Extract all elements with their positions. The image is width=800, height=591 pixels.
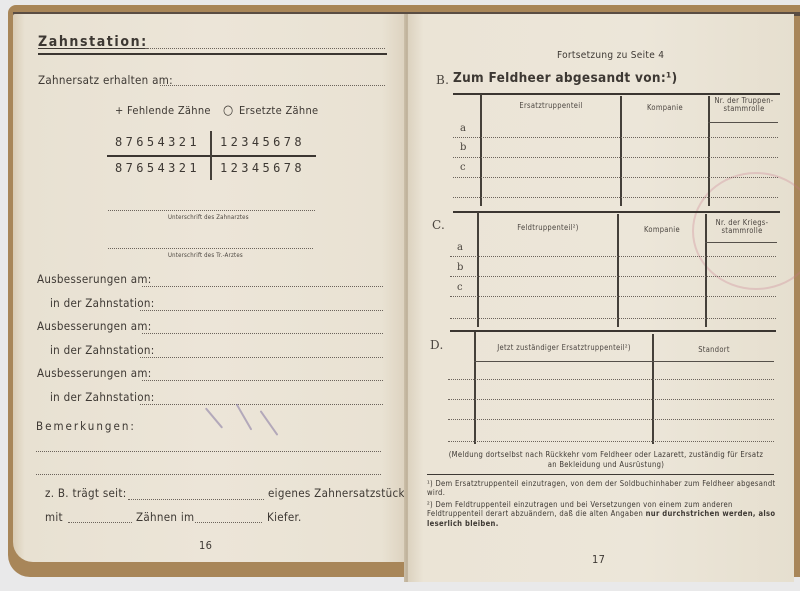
teeth-upper-right-quadrant[interactable]: 87654321	[115, 135, 200, 149]
section-b-row-b: b	[460, 142, 467, 153]
section-b-letter: B.	[436, 73, 449, 87]
section-b-row-line[interactable]	[453, 137, 778, 138]
section-d-note-line1: (Meldung dortselbst nach Rückkehr vom Fe…	[436, 450, 776, 459]
header-underline	[474, 361, 774, 362]
repairs-date-label-3: Ausbesserungen am:	[37, 366, 152, 380]
repairs-station-field-2[interactable]	[140, 357, 383, 358]
section-b-top-rule	[453, 93, 780, 95]
header-underline	[705, 242, 777, 243]
footnote-1: ¹) Dem Ersatztruppenteil einzutragen, vo…	[427, 479, 777, 498]
section-b-row-line[interactable]	[453, 157, 778, 158]
with-label: mit	[45, 510, 63, 524]
footnote-2: ²) Dem Feldtruppenteil einzutragen und b…	[427, 500, 777, 528]
legend-replaced-teeth: Ersetzte Zähne	[239, 104, 318, 117]
dental-station-title: Zahnstation:	[38, 34, 148, 50]
section-c-header-roll-number: Nr. der Kriegs-stammrolle	[707, 219, 777, 235]
section-c-row-line[interactable]	[450, 296, 776, 297]
denture-received-label: Zahnersatz erhalten am:	[38, 73, 173, 87]
dentist-signature-field[interactable]	[108, 210, 315, 211]
teeth-count-field[interactable]	[68, 522, 132, 523]
section-c-row-line[interactable]	[450, 276, 776, 277]
repairs-date-field-3[interactable]	[142, 380, 383, 381]
teeth-upper-left-quadrant[interactable]: 12345678	[220, 135, 305, 149]
doctor-signature-field[interactable]	[108, 248, 313, 249]
section-d-row-line[interactable]	[448, 441, 774, 442]
dental-station-field[interactable]	[145, 48, 385, 49]
repairs-date-field-2[interactable]	[142, 333, 383, 334]
doctor-signature-caption: Unterschrift des Tr.-Arztes	[168, 252, 243, 259]
repairs-date-label-1: Ausbesserungen am:	[37, 272, 152, 286]
circle-icon: ○	[223, 103, 234, 118]
section-c-row-line[interactable]	[450, 318, 776, 319]
section-b-row-line[interactable]	[453, 177, 778, 178]
section-d-note-line2: an Bekleidung und Ausrüstung)	[436, 460, 776, 469]
section-c-row-line[interactable]	[450, 256, 776, 257]
remarks-label: Bemerkungen:	[36, 419, 136, 433]
section-b-header-company: Kompanie	[622, 104, 708, 112]
soldbuch-open-book: Zahnstation: Zahnersatz erhalten am: + F…	[0, 0, 800, 591]
repairs-date-label-2: Ausbesserungen am:	[37, 319, 152, 333]
dentist-signature-caption: Unterschrift des Zahnarztes	[168, 214, 249, 221]
repairs-station-label-1: in der Zahnstation:	[50, 296, 155, 310]
denture-received-field[interactable]	[160, 85, 385, 86]
section-b-col-divider	[620, 96, 622, 206]
own-denture-label: eigenes Zahnersatzstück	[268, 486, 405, 500]
repairs-station-label-3: in der Zahnstation:	[50, 390, 155, 404]
section-c-header-company: Kompanie	[619, 226, 705, 234]
repairs-date-field-1[interactable]	[142, 286, 383, 287]
title-rule	[38, 53, 387, 55]
left-page	[13, 14, 405, 562]
section-c-row-c: c	[457, 282, 463, 293]
section-b-title: Zum Feldheer abgesandt von:¹)	[453, 70, 678, 86]
section-c-bottom-rule	[450, 330, 776, 332]
header-underline	[708, 122, 778, 123]
jaw-field[interactable]	[195, 522, 262, 523]
repairs-station-field-3[interactable]	[140, 404, 383, 405]
wears-since-field[interactable]	[128, 499, 264, 500]
jaw-label: Kiefer.	[267, 510, 302, 524]
legend-missing-teeth: + Fehlende Zähne	[115, 104, 211, 117]
teeth-lower-left-quadrant[interactable]: 12345678	[220, 161, 305, 175]
section-d-header-unit: Jetzt zuständiger Ersatztruppenteil²)	[476, 344, 652, 352]
section-d-letter: D.	[430, 338, 444, 352]
section-d-row-line[interactable]	[448, 399, 774, 400]
section-c-row-b: b	[457, 262, 464, 273]
section-d-header-location: Standort	[654, 346, 774, 354]
page-number-right: 17	[592, 553, 605, 566]
remarks-field-line-1[interactable]	[36, 451, 381, 452]
section-b-row-c: c	[460, 162, 466, 173]
teeth-chart-horizontal-divider	[107, 155, 316, 157]
section-b-bottom-rule	[453, 211, 780, 213]
section-c-row-a: a	[457, 242, 463, 253]
section-b-row-a: a	[460, 123, 466, 134]
section-b-header-unit: Ersatztruppenteil	[482, 102, 620, 110]
section-b-row-line[interactable]	[453, 197, 778, 198]
section-c-header-unit: Feldtruppenteil²)	[479, 224, 617, 232]
footnote-rule	[427, 474, 774, 475]
repairs-station-field-1[interactable]	[140, 310, 383, 311]
page-number-left: 16	[199, 539, 212, 552]
wears-since-label: z. B. trägt seit:	[45, 486, 127, 500]
section-b-header-roll-number: Nr. der Truppen-stammrolle	[710, 97, 778, 113]
continuation-subtitle: Fortsetzung zu Seite 4	[557, 50, 664, 61]
teeth-lower-right-quadrant[interactable]: 87654321	[115, 161, 200, 175]
repairs-station-label-2: in der Zahnstation:	[50, 343, 155, 357]
section-d-row-line[interactable]	[448, 379, 774, 380]
remarks-field-line-2[interactable]	[36, 474, 381, 475]
section-c-letter: C.	[432, 218, 445, 232]
section-b-col-divider	[480, 94, 482, 206]
section-d-row-line[interactable]	[448, 419, 774, 420]
teeth-chart-vertical-divider	[210, 131, 212, 180]
teeth-in-label: Zähnen im	[136, 510, 194, 524]
